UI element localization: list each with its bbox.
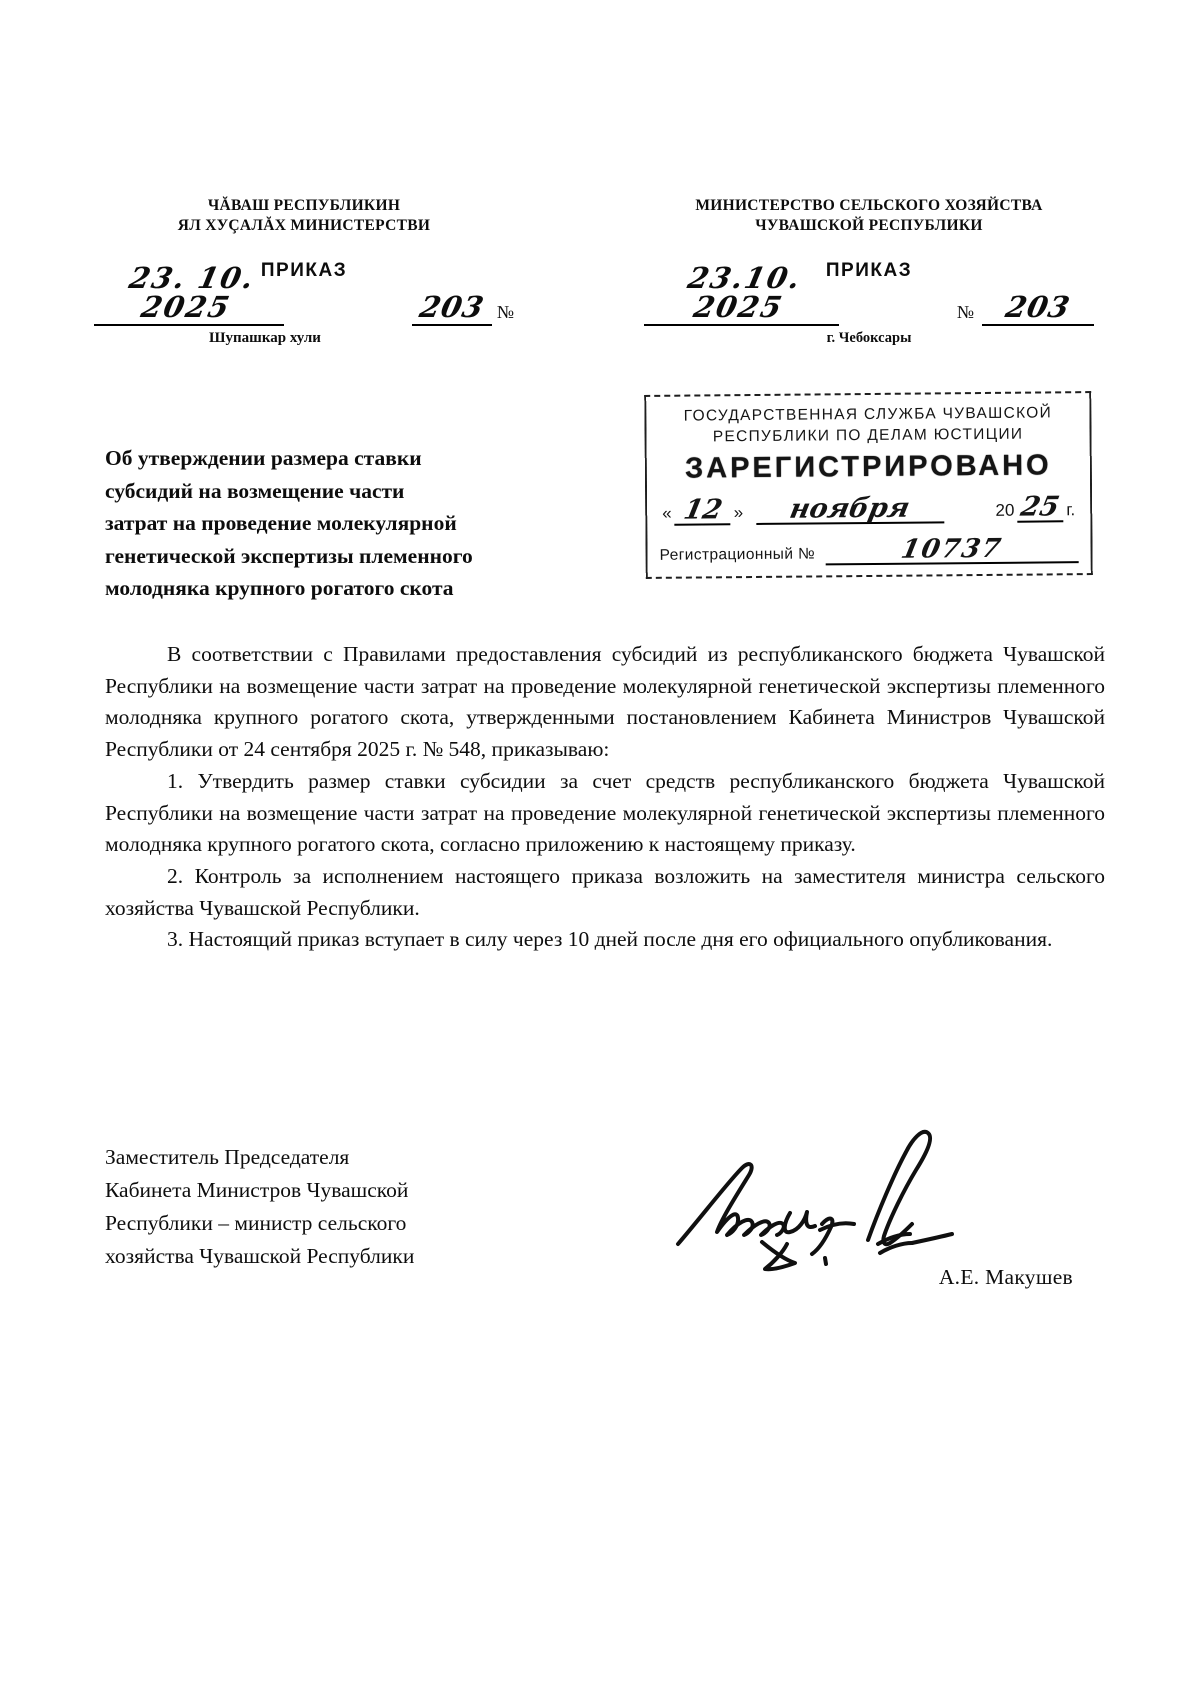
stamp-date-row: « 12 » ноября 20 25 г. [659, 484, 1078, 526]
handwritten-year: 25 [1019, 493, 1062, 520]
handwritten-number-left: 203 [415, 293, 489, 324]
signatory-name: А.Е. Макушев [828, 1265, 1073, 1290]
registration-number-label: Регистрационный № [660, 545, 816, 566]
handwritten-date-left: 23. 10. 2025 [88, 264, 291, 324]
body-paragraph-item-3: 3. Настоящий приказ вступает в силу чере… [105, 924, 1105, 956]
date-field-right: 23.10. 2025 [644, 264, 839, 326]
date-number-row-right: 23.10. 2025 № 203 [638, 282, 1100, 326]
letterhead-right: МИНИСТЕРСТВО СЕЛЬСКОГО ХОЗЯЙСТВА ЧУВАШСК… [638, 196, 1100, 347]
number-field-left: 203 [412, 293, 492, 326]
handwritten-number-right: 203 [1001, 293, 1075, 324]
stamp-quote-close: » [731, 502, 747, 525]
stamp-year-field: 25 [1017, 493, 1063, 522]
stamp-org-name: ГОСУДАРСТВЕННАЯ СЛУЖБА ЧУВАШСКОЙ РЕСПУБЛ… [658, 402, 1077, 448]
handwritten-day: 12 [681, 496, 724, 523]
place-label-left: Шупашкар хули [88, 330, 442, 347]
date-number-row-left: 23. 10. 2025 203 № [88, 282, 520, 326]
registration-stamp: ГОСУДАРСТВЕННАЯ СЛУЖБА ЧУВАШСКОЙ РЕСПУБЛ… [644, 391, 1093, 579]
signatory-position: Заместитель Председателя Кабинета Минист… [105, 1141, 545, 1273]
order-body: В соответствии с Правилами предоставлени… [105, 639, 1105, 956]
org-name-russian: МИНИСТЕРСТВО СЕЛЬСКОГО ХОЗЯЙСТВА ЧУВАШСК… [638, 196, 1100, 235]
handwritten-date-right: 23.10. 2025 [638, 264, 846, 324]
place-label-right: г. Чебоксары [638, 330, 1100, 347]
number-sign-right: № [957, 299, 982, 326]
handwritten-registration-number: 10737 [899, 536, 1005, 563]
body-paragraph-item-1: 1. Утвердить размер ставки субсидии за с… [105, 766, 1105, 861]
date-field-left: 23. 10. 2025 [94, 264, 284, 326]
stamp-registration-row: Регистрационный № 10737 [659, 527, 1078, 567]
stamp-registered-label: ЗАРЕГИСТРИРОВАНО [659, 449, 1078, 486]
registration-number-field: 10737 [825, 535, 1079, 565]
document-page: ЧĂВАШ РЕСПУБЛИКИН ЯЛ ХУÇАЛĂХ МИНИСТЕРСТВ… [0, 0, 1200, 1691]
stamp-year-prefix: 20 [992, 500, 1017, 523]
letterhead-left: ЧĂВАШ РЕСПУБЛИКИН ЯЛ ХУÇАЛĂХ МИНИСТЕРСТВ… [88, 196, 520, 347]
number-field-right: 203 [982, 293, 1094, 326]
body-paragraph-preamble: В соответствии с Правилами предоставлени… [105, 639, 1105, 766]
stamp-quote-open: « [659, 503, 675, 526]
stamp-year-suffix: г. [1063, 499, 1078, 522]
number-sign-left: № [492, 299, 514, 326]
signature-autograph [672, 1112, 1002, 1277]
handwritten-month: ноября [788, 495, 913, 523]
stamp-month-field: ноября [756, 494, 944, 525]
order-title: Об утверждении размера ставки субсидий н… [105, 442, 595, 605]
org-name-chuvash: ЧĂВАШ РЕСПУБЛИКИН ЯЛ ХУÇАЛĂХ МИНИСТЕРСТВ… [88, 196, 520, 235]
stamp-day-field: 12 [675, 496, 731, 525]
body-paragraph-item-2: 2. Контроль за исполнением настоящего пр… [105, 861, 1105, 924]
